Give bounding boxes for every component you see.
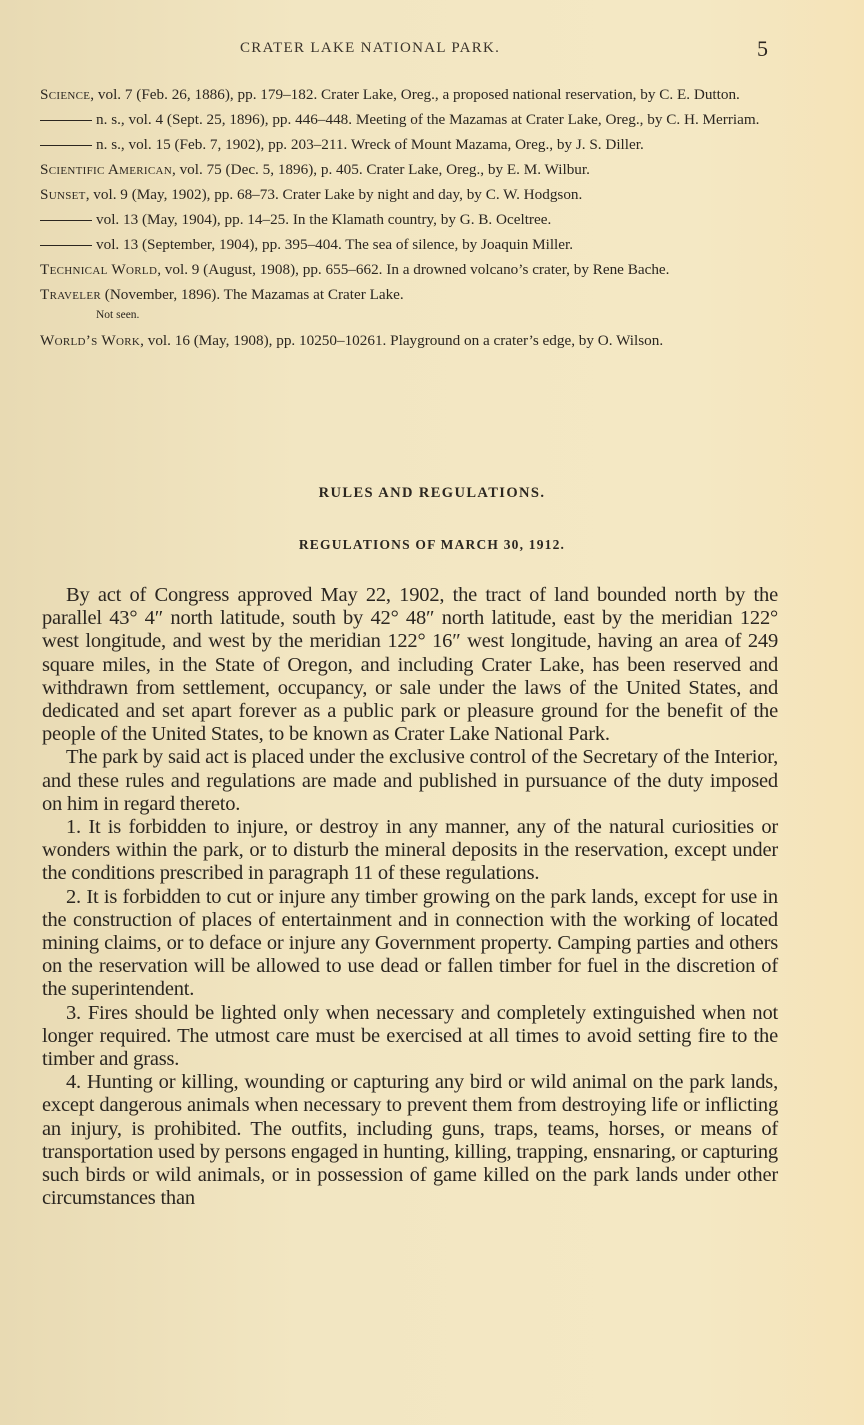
regulation-1: 1. It is forbidden to injure, or destroy… bbox=[42, 816, 778, 886]
bib-details: , vol. 7 (Feb. 26, 1886), pp. 179–182. C… bbox=[90, 86, 740, 103]
journal-name: Traveler bbox=[40, 286, 101, 303]
regulation-4: 4. Hunting or killing, wounding or captu… bbox=[42, 1071, 778, 1210]
bib-note: Not seen. bbox=[40, 306, 778, 325]
bib-entry: n. s., vol. 15 (Feb. 7, 1902), pp. 203–2… bbox=[40, 135, 778, 154]
bib-details: n. s., vol. 4 (Sept. 25, 1896), pp. 446–… bbox=[96, 111, 759, 128]
running-header: CRATER LAKE NATIONAL PARK. 5 bbox=[0, 36, 864, 64]
page-number: 5 bbox=[757, 36, 768, 62]
bib-details: , vol. 9 (May, 1902), pp. 68–73. Crater … bbox=[86, 186, 583, 203]
journal-name: World’s Work bbox=[40, 332, 140, 349]
bib-details: , vol. 75 (Dec. 5, 1896), p. 405. Crater… bbox=[172, 161, 590, 178]
journal-name: Science bbox=[40, 86, 90, 103]
bib-entry: World’s Work, vol. 16 (May, 1908), pp. 1… bbox=[40, 331, 778, 350]
bib-details: , vol. 16 (May, 1908), pp. 10250–10261. … bbox=[140, 332, 663, 349]
ditto-dash bbox=[40, 145, 92, 146]
running-title: CRATER LAKE NATIONAL PARK. bbox=[240, 40, 500, 57]
regulation-2: 2. It is forbidden to cut or injure any … bbox=[42, 886, 778, 1002]
ditto-dash bbox=[40, 220, 92, 221]
bib-details: (November, 1896). The Mazamas at Crater … bbox=[101, 286, 404, 303]
bib-details: , vol. 9 (August, 1908), pp. 655–662. In… bbox=[157, 261, 669, 278]
bib-entry: Sunset, vol. 9 (May, 1902), pp. 68–73. C… bbox=[40, 185, 778, 204]
bib-entry: n. s., vol. 4 (Sept. 25, 1896), pp. 446–… bbox=[40, 110, 778, 129]
bibliography-list: Science, vol. 7 (Feb. 26, 1886), pp. 179… bbox=[40, 85, 778, 356]
paragraph-control: The park by said act is placed under the… bbox=[42, 746, 778, 816]
bib-entry: Traveler (November, 1896). The Mazamas a… bbox=[40, 285, 778, 304]
journal-name: Scientific American bbox=[40, 161, 172, 178]
bib-entry: Science, vol. 7 (Feb. 26, 1886), pp. 179… bbox=[40, 85, 778, 104]
journal-name: Technical World bbox=[40, 261, 157, 278]
bib-entry: vol. 13 (September, 1904), pp. 395–404. … bbox=[40, 235, 778, 254]
bib-details: vol. 13 (May, 1904), pp. 14–25. In the K… bbox=[96, 211, 551, 228]
ditto-dash bbox=[40, 245, 92, 246]
bib-details: n. s., vol. 15 (Feb. 7, 1902), pp. 203–2… bbox=[96, 136, 644, 153]
section-title: RULES AND REGULATIONS. bbox=[0, 485, 864, 502]
section-subtitle: REGULATIONS OF MARCH 30, 1912. bbox=[0, 537, 864, 553]
bib-entry: Scientific American, vol. 75 (Dec. 5, 18… bbox=[40, 160, 778, 179]
regulations-body: By act of Congress approved May 22, 1902… bbox=[42, 584, 778, 1210]
journal-name: Sunset bbox=[40, 186, 86, 203]
bib-details: vol. 13 (September, 1904), pp. 395–404. … bbox=[96, 236, 573, 253]
ditto-dash bbox=[40, 120, 92, 121]
document-page: CRATER LAKE NATIONAL PARK. 5 Science, vo… bbox=[0, 0, 864, 1425]
bib-entry: Technical World, vol. 9 (August, 1908), … bbox=[40, 260, 778, 279]
paragraph-act: By act of Congress approved May 22, 1902… bbox=[42, 584, 778, 746]
regulation-3: 3. Fires should be lighted only when nec… bbox=[42, 1002, 778, 1072]
bib-entry: vol. 13 (May, 1904), pp. 14–25. In the K… bbox=[40, 210, 778, 229]
